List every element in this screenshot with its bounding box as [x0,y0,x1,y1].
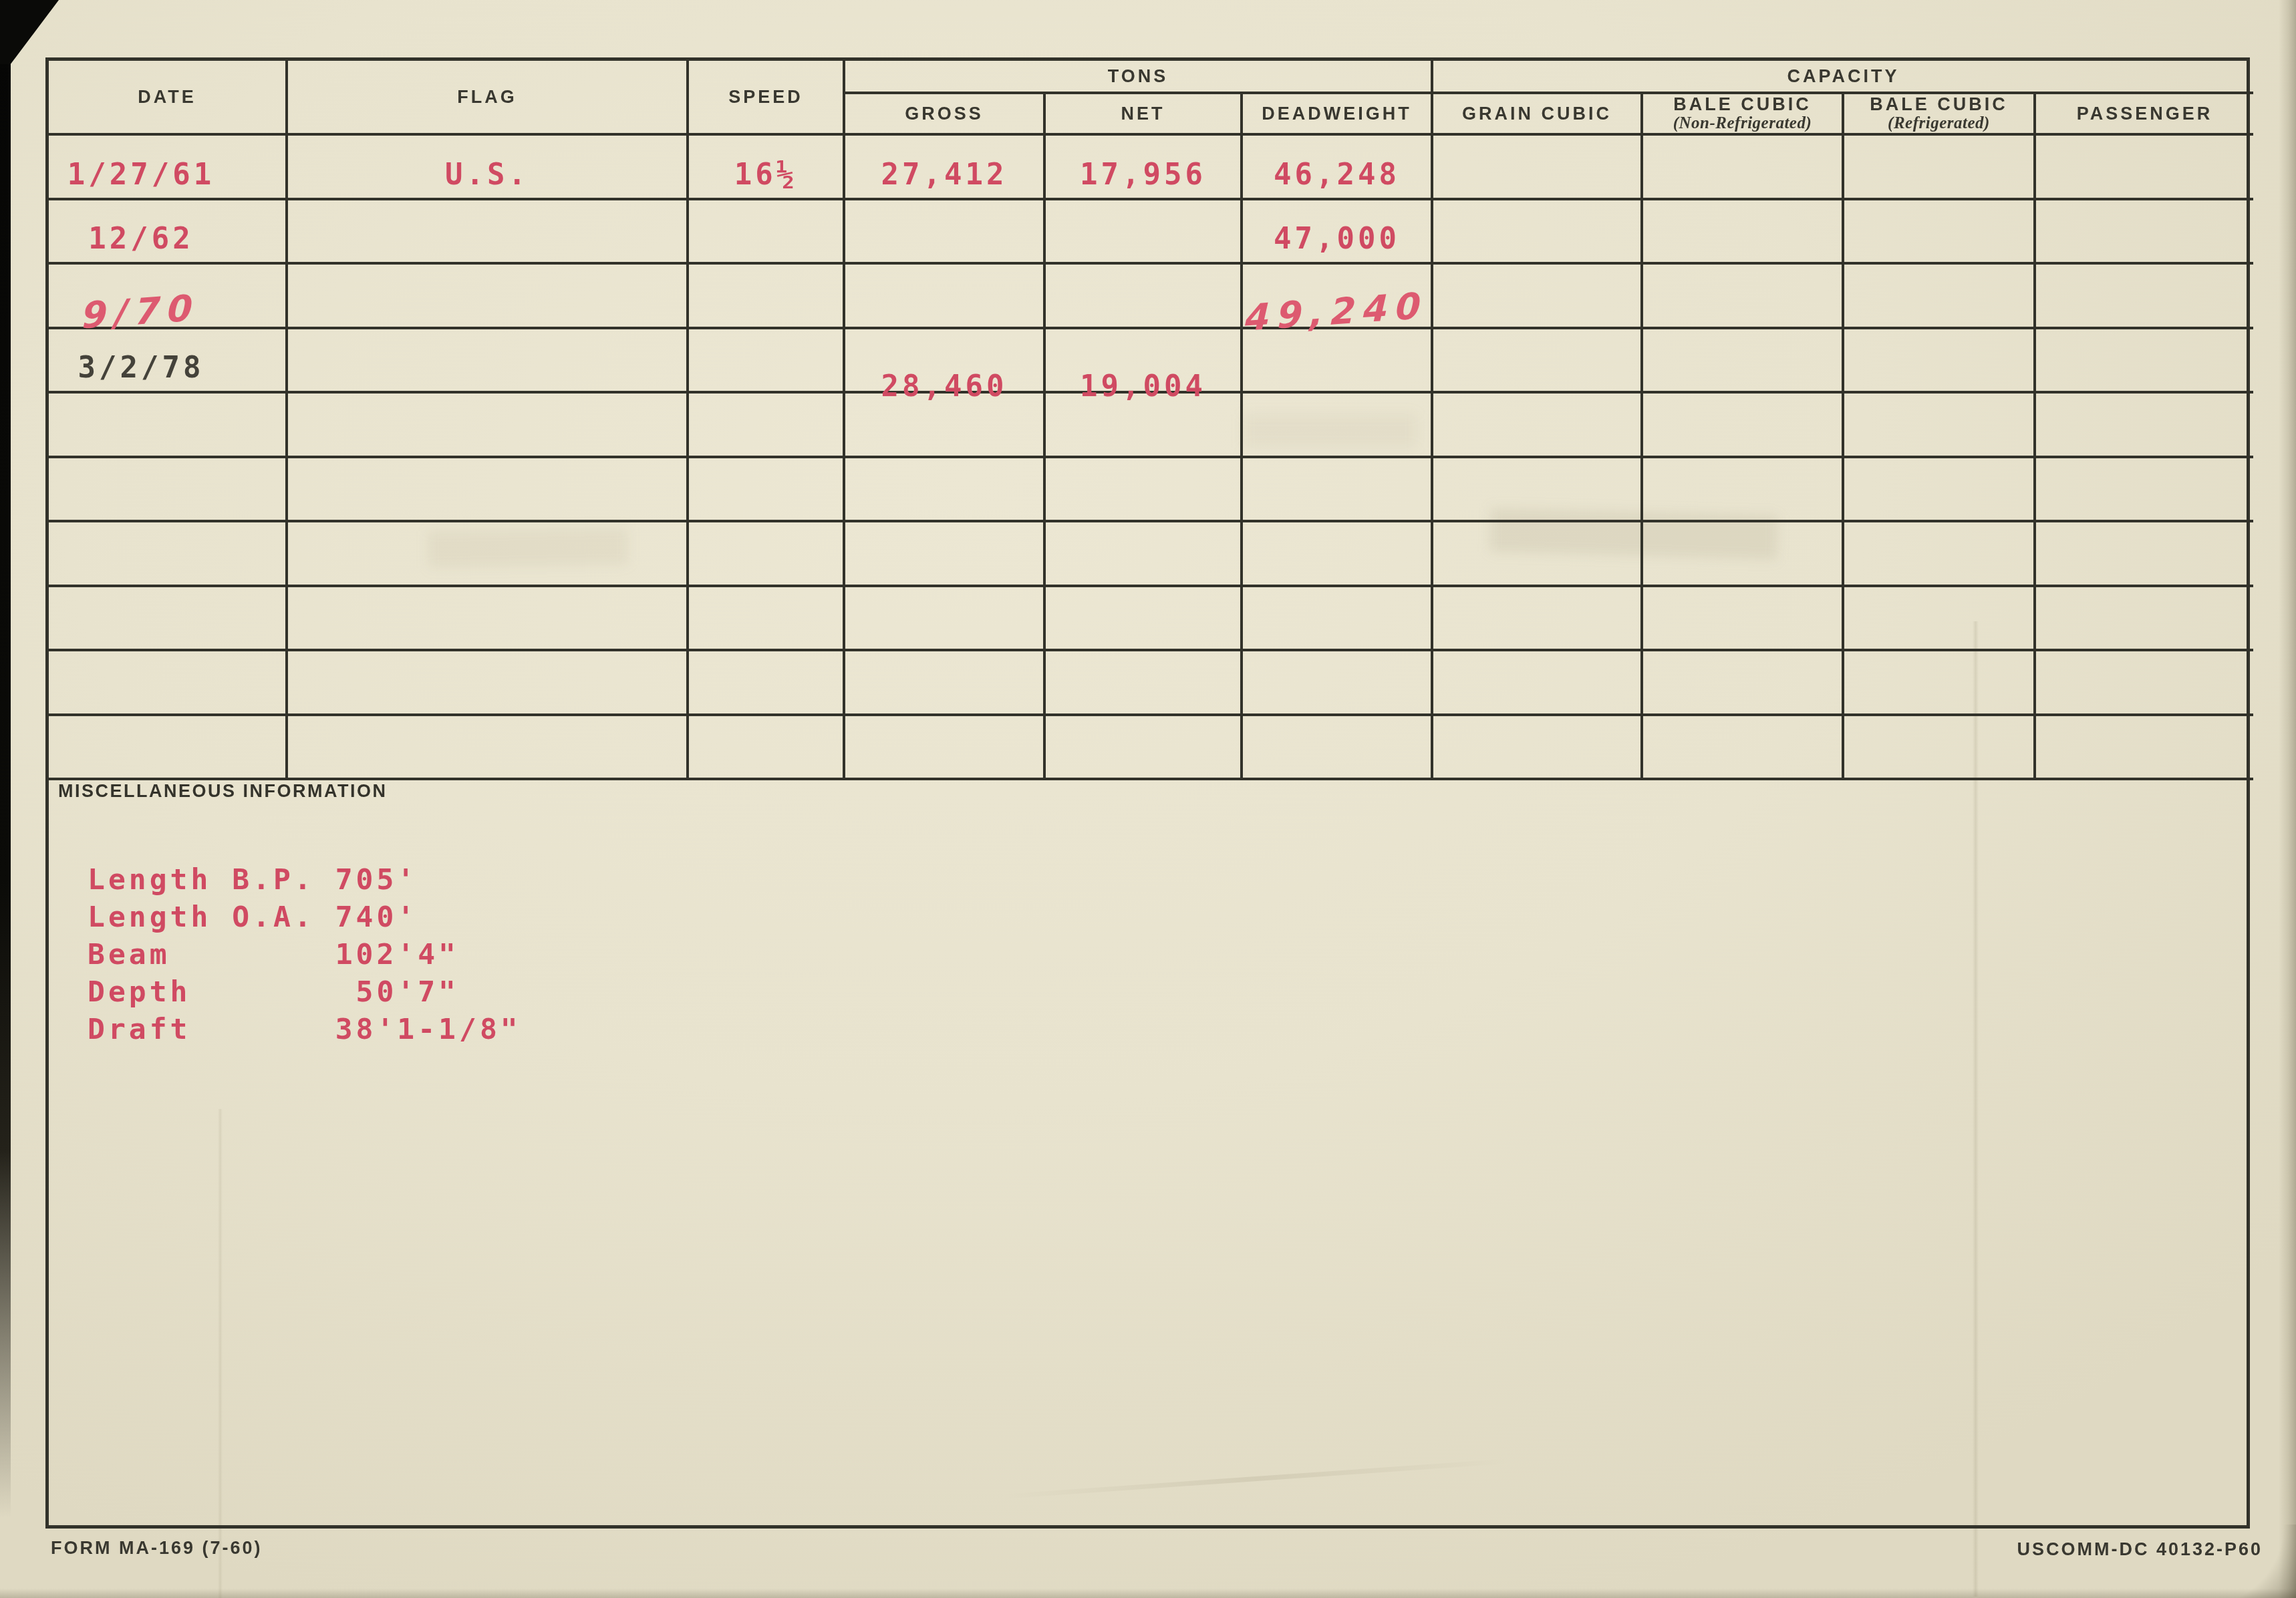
cell-net: 17,956 [1044,134,1242,199]
cell-passenger [2035,715,2253,780]
cell-speed [688,586,844,651]
cell-passenger [2035,650,2253,715]
table-row: 1/27/61U.S.16½27,41217,95646,248 [49,134,2253,199]
cell-gross [844,521,1044,586]
misc-line-depth: Depth 50'7" [88,973,521,1011]
cell-speed [688,392,844,457]
cell-flag [287,715,688,780]
entry-net: 17,956 [1080,158,1206,192]
misc-line-beam: Beam 102'4" [88,936,521,973]
cell-speed [688,521,844,586]
cell-bale_cubic_refrigerated [1843,392,2035,457]
col-header-speed: SPEED [688,61,844,134]
cell-deadweight [1242,650,1432,715]
cell-grain_cubic [1432,134,1642,199]
entry-flag: U.S. [445,158,529,192]
scanner-corner-top-left [0,0,59,64]
cell-bale_cubic_non_refrigerated [1642,199,1843,264]
table-row: 12/6247,000 [49,199,2253,264]
cell-date [49,521,287,586]
table-row [49,715,2253,780]
vessel-record-table: DATE FLAG SPEED TONS CAPACITY GROSS NET … [49,61,2253,780]
entry-net: 19,004 [1080,369,1206,404]
table-row [49,521,2253,586]
cell-flag [287,521,688,586]
paper-corner-shadow [2202,1525,2296,1598]
col-group-capacity: CAPACITY [1432,61,2253,93]
cell-bale_cubic_refrigerated [1843,715,2035,780]
cell-bale_cubic_refrigerated [1843,199,2035,264]
cell-net: 19,004 [1044,328,1242,393]
cell-deadweight [1242,328,1432,393]
cell-date [49,650,287,715]
cell-speed [688,328,844,393]
cell-deadweight: 46,248 [1242,134,1432,199]
bale-cubic-label: BALE CUBIC [1844,94,2033,114]
cell-net [1044,521,1242,586]
cell-grain_cubic [1432,328,1642,393]
table-row: 9/7049,240 [49,263,2253,328]
cell-speed: 16½ [688,134,844,199]
cell-bale_cubic_refrigerated [1843,650,2035,715]
entry-gross: 27,412 [881,158,1008,192]
cell-flag [287,392,688,457]
miscellaneous-information-text: Length B.P. 705' Length O.A. 740' Beam 1… [88,861,521,1048]
scanner-edge-left [0,0,11,1598]
cell-bale_cubic_refrigerated [1843,457,2035,522]
table-body: 1/27/61U.S.16½27,41217,95646,24812/6247,… [49,134,2253,779]
paper-edge-right [2279,0,2296,1598]
cell-speed [688,263,844,328]
cell-gross [844,650,1044,715]
cell-grain_cubic [1432,263,1642,328]
cell-gross: 27,412 [844,134,1044,199]
cell-passenger [2035,328,2253,393]
miscellaneous-information-title: MISCELLANEOUS INFORMATION [58,781,387,802]
table-row: 3/2/7828,46019,004 [49,328,2253,393]
misc-line-length-bp: Length B.P. 705' [88,861,521,899]
cell-deadweight: 47,000 [1242,199,1432,264]
cell-flag [287,650,688,715]
cell-net [1044,586,1242,651]
form-outer-box: DATE FLAG SPEED TONS CAPACITY GROSS NET … [45,57,2250,1529]
cell-bale_cubic_non_refrigerated [1642,715,1843,780]
cell-passenger [2035,392,2253,457]
bale-cubic-qualifier: (Non-Refrigerated) [1643,114,1842,133]
col-header-bale-cubic-non-refrigerated: BALE CUBIC (Non-Refrigerated) [1642,93,1843,134]
table-row [49,457,2253,522]
cell-gross: 28,460 [844,328,1044,393]
cell-bale_cubic_refrigerated [1843,521,2035,586]
cell-deadweight: 49,240 [1242,263,1432,328]
cell-gross [844,263,1044,328]
table-header-group-row: DATE FLAG SPEED TONS CAPACITY [49,61,2253,93]
entry-date: 12/62 [88,222,193,256]
cell-net [1044,263,1242,328]
cell-deadweight [1242,586,1432,651]
cell-flag [287,457,688,522]
cell-deadweight [1242,392,1432,457]
cell-deadweight [1242,715,1432,780]
cell-date: 9/70 [49,263,287,328]
entry-date: 3/2/78 [78,351,204,385]
cell-bale_cubic_non_refrigerated [1642,457,1843,522]
cell-flag: U.S. [287,134,688,199]
cell-net [1044,715,1242,780]
cell-bale_cubic_non_refrigerated [1642,650,1843,715]
entry-deadweight: 46,248 [1274,158,1400,192]
print-code-label: USCOMM-DC 40132-P60 [2017,1539,2263,1560]
entry-date: 1/27/61 [67,158,214,192]
cell-passenger [2035,521,2253,586]
misc-line-length-oa: Length O.A. 740' [88,899,521,936]
col-header-bale-cubic-refrigerated: BALE CUBIC (Refrigerated) [1843,93,2035,134]
cell-bale_cubic_refrigerated [1843,586,2035,651]
cell-gross [844,715,1044,780]
entry-speed: 16½ [734,158,797,192]
cell-net [1044,457,1242,522]
cell-date [49,457,287,522]
col-header-flag: FLAG [287,61,688,134]
cell-grain_cubic [1432,650,1642,715]
cell-date: 1/27/61 [49,134,287,199]
cell-date [49,392,287,457]
col-header-deadweight: DEADWEIGHT [1242,93,1432,134]
col-header-date: DATE [49,61,287,134]
paper-edge-bottom [0,1589,2296,1598]
cell-speed [688,650,844,715]
cell-passenger [2035,134,2253,199]
cell-passenger [2035,263,2253,328]
cell-speed [688,457,844,522]
table-row [49,586,2253,651]
cell-gross [844,199,1044,264]
misc-line-draft: Draft 38'1-1/8" [88,1011,521,1048]
cell-bale_cubic_refrigerated [1843,263,2035,328]
cell-flag [287,263,688,328]
cell-bale_cubic_non_refrigerated [1642,263,1843,328]
cell-flag [287,586,688,651]
cell-bale_cubic_non_refrigerated [1642,328,1843,393]
cell-speed [688,715,844,780]
col-header-grain-cubic: GRAIN CUBIC [1432,93,1642,134]
cell-net [1044,199,1242,264]
cell-gross [844,586,1044,651]
bale-cubic-label: BALE CUBIC [1643,94,1842,114]
cell-grain_cubic [1432,521,1642,586]
cell-date [49,715,287,780]
cell-bale_cubic_refrigerated [1843,328,2035,393]
cell-passenger [2035,199,2253,264]
cell-passenger [2035,457,2253,522]
cell-passenger [2035,586,2253,651]
cell-gross [844,457,1044,522]
entry-gross: 28,460 [881,369,1008,404]
col-header-net: NET [1044,93,1242,134]
cell-bale_cubic_non_refrigerated [1642,392,1843,457]
table-row [49,650,2253,715]
scanned-form-page: DATE FLAG SPEED TONS CAPACITY GROSS NET … [0,0,2296,1598]
col-header-passenger: PASSENGER [2035,93,2253,134]
bale-cubic-qualifier: (Refrigerated) [1844,114,2033,133]
col-header-gross: GROSS [844,93,1044,134]
cell-flag [287,328,688,393]
cell-grain_cubic [1432,199,1642,264]
cell-grain_cubic [1432,715,1642,780]
entry-deadweight: 47,000 [1274,222,1400,256]
cell-speed [688,199,844,264]
cell-bale_cubic_refrigerated [1843,134,2035,199]
cell-grain_cubic [1432,457,1642,522]
cell-net [1044,650,1242,715]
cell-bale_cubic_non_refrigerated [1642,134,1843,199]
cell-deadweight [1242,457,1432,522]
cell-date: 12/62 [49,199,287,264]
entry-date: 9/70 [82,287,200,337]
cell-flag [287,199,688,264]
cell-date [49,586,287,651]
cell-grain_cubic [1432,392,1642,457]
form-number-label: FORM MA-169 (7-60) [51,1538,263,1559]
cell-bale_cubic_non_refrigerated [1642,521,1843,586]
col-group-tons: TONS [844,61,1432,93]
cell-bale_cubic_non_refrigerated [1642,586,1843,651]
cell-date: 3/2/78 [49,328,287,393]
cell-deadweight [1242,521,1432,586]
cell-grain_cubic [1432,586,1642,651]
